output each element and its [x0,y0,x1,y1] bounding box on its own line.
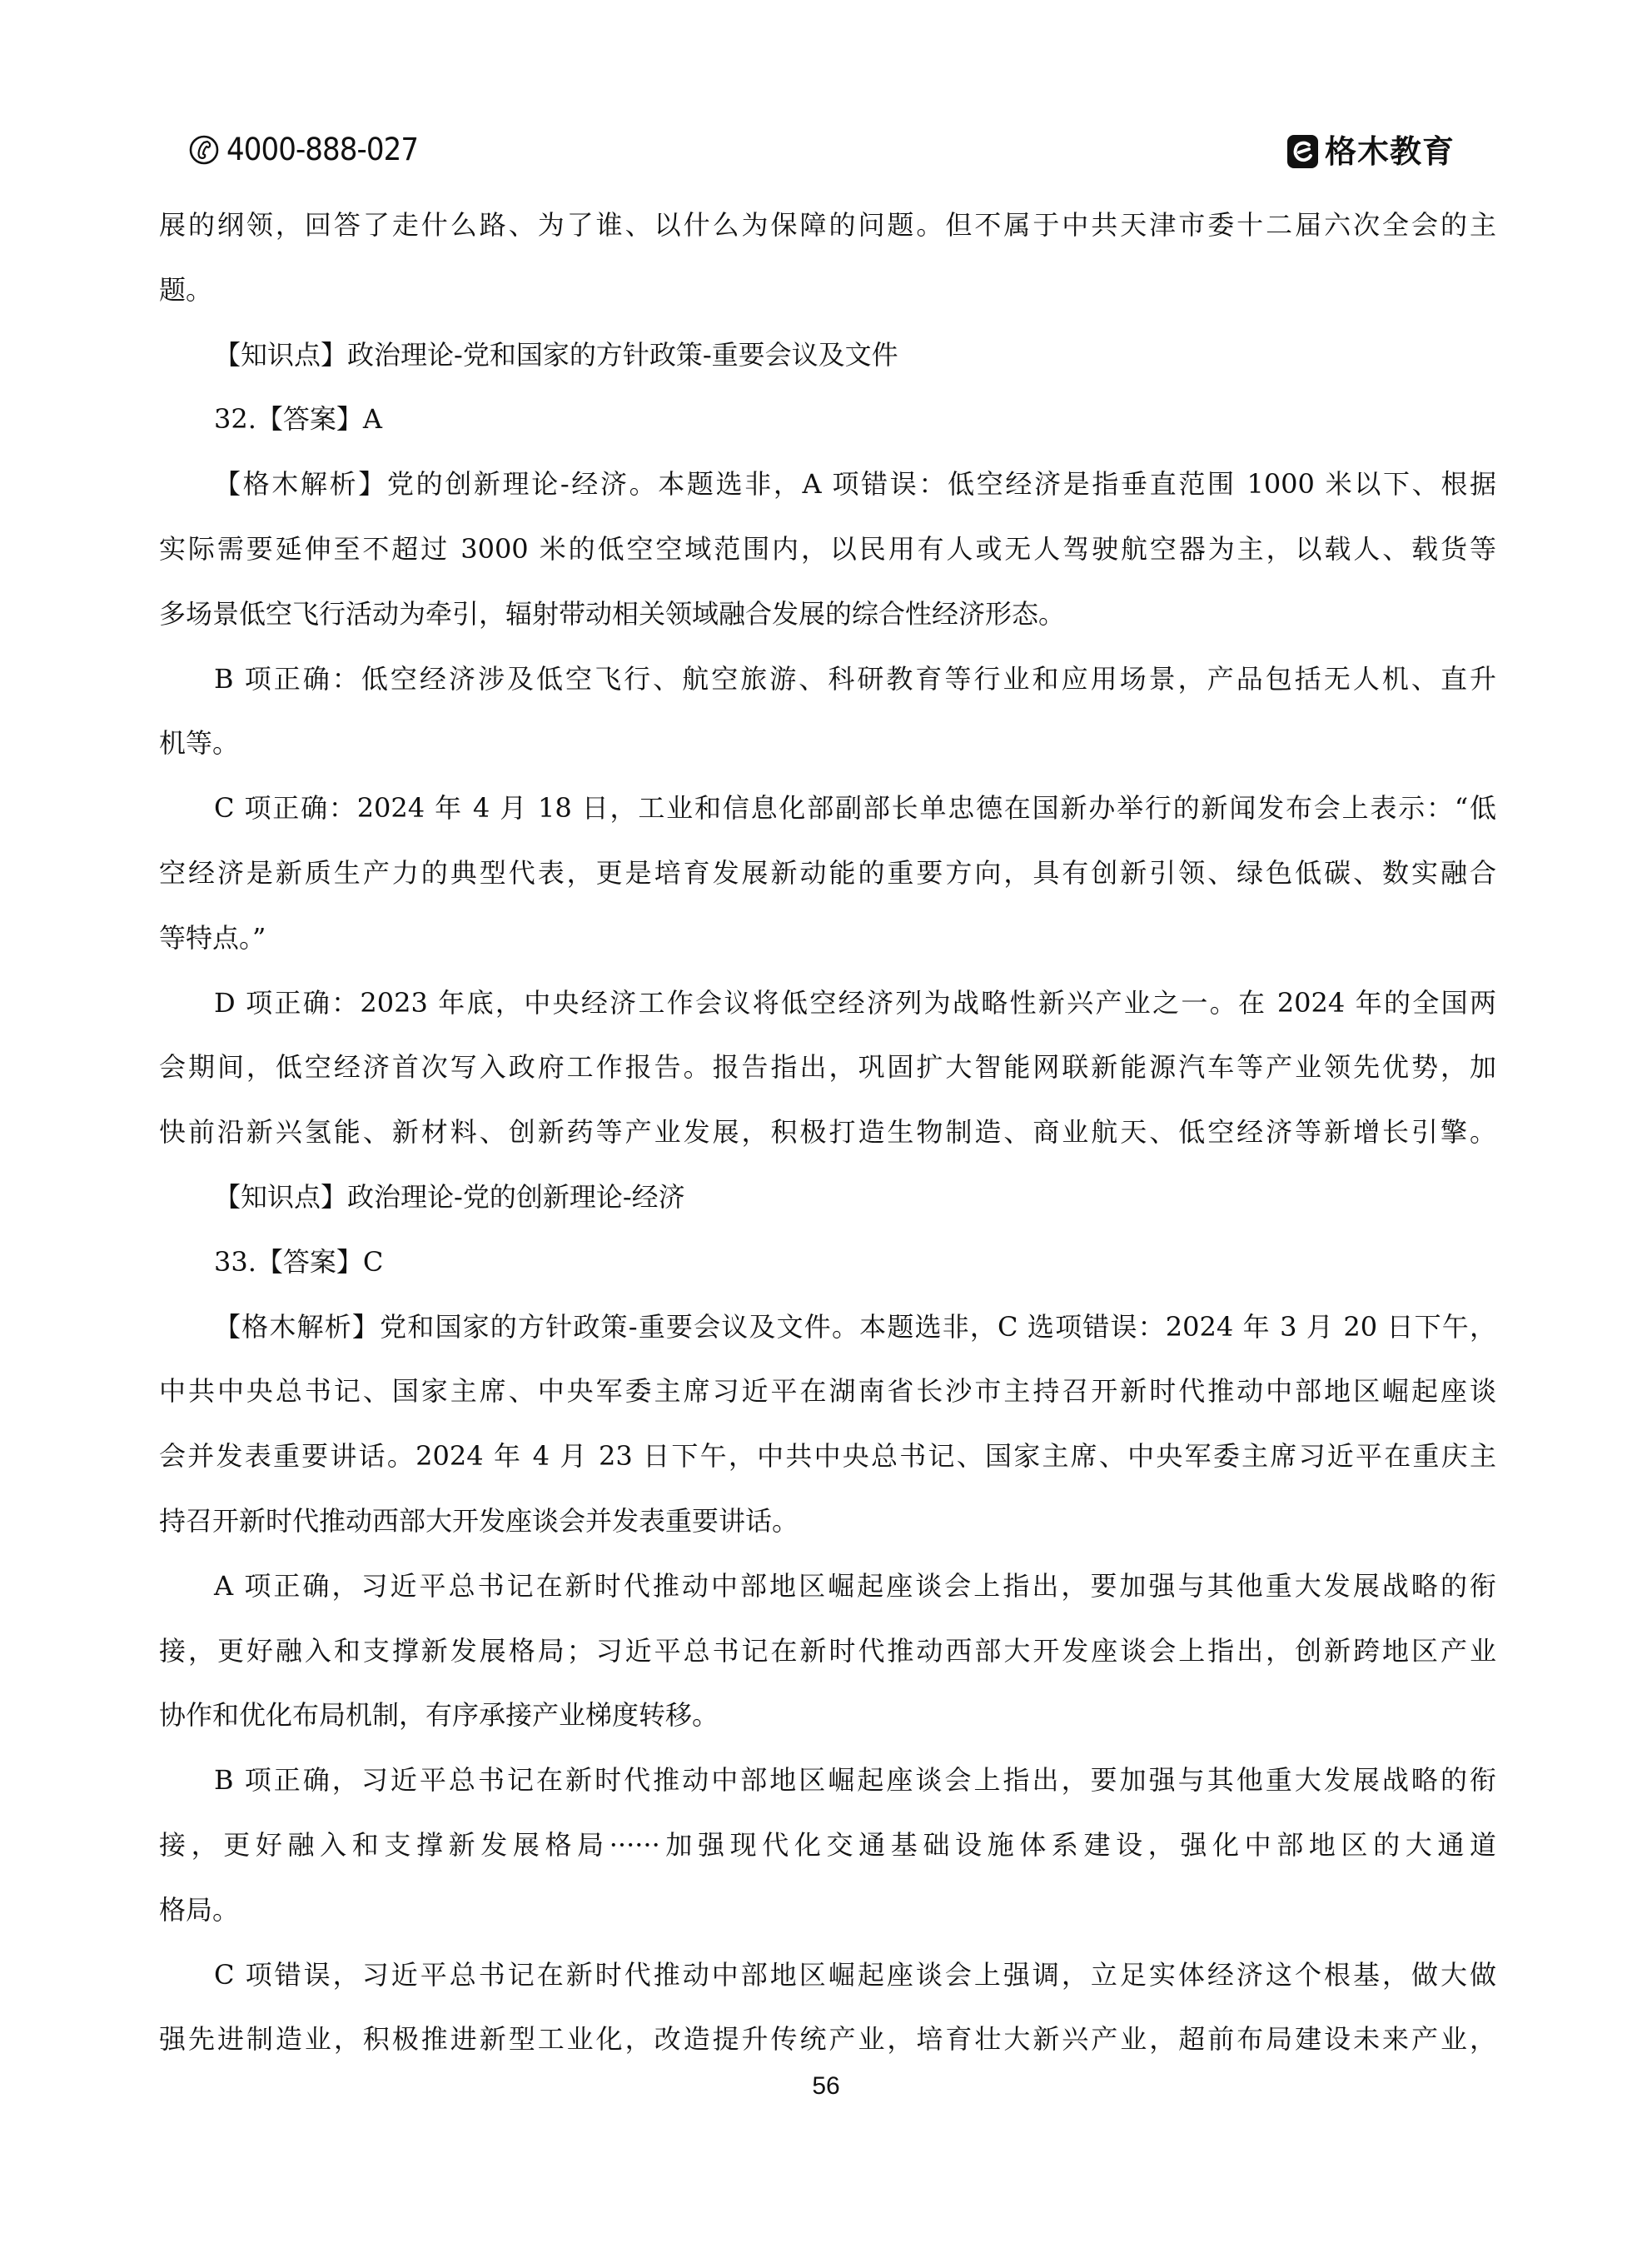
text-line: C 项正确：2024 年 4 月 18 日，工业和信息化部副部长单忠德在国新办举… [214,790,1496,826]
text-line: 快前沿新兴氢能、新材料、创新药等产业发展，积极打造生物制造、商业航天、低空经济等… [159,1114,1496,1150]
text-line: D 项正确：2023 年底，中央经济工作会议将低空经济列为战略性新兴产业之一。在… [214,984,1496,1021]
page-header: 4000-888-027 格木教育 [0,0,1652,192]
text-line: B 项正确：低空经济涉及低空飞行、航空旅游、科研教育等行业和应用场景，产品包括无… [214,660,1496,697]
geme-e-logo-icon [1287,135,1318,168]
text-line: 32.【答案】A [214,401,1496,437]
text-line: 【格木解析】党和国家的方针政策-重要会议及文件。本题选非，C 选项错误：2024… [214,1308,1496,1345]
text-line: 【知识点】政治理论-党和国家的方针政策-重要会议及文件 [214,336,1496,373]
page-number: 56 [0,2072,1652,2101]
text-line: 持召开新时代推动西部大开发座谈会并发表重要讲话。 [159,1503,1496,1539]
text-line: 协作和优化布局机制，有序承接产业梯度转移。 [159,1697,1496,1733]
text-line: 会并发表重要讲话。2024 年 4 月 23 日下午，中共中央总书记、国家主席、… [159,1438,1496,1474]
text-line: 空经济是新质生产力的典型代表，更是培育发展新动能的重要方向，具有创新引领、绿色低… [159,855,1496,891]
text-line: 等特点。” [159,920,1496,956]
text-line: 接，更好融入和支撑新发展格局；习近平总书记在新时代推动西部大开发座谈会上指出，创… [159,1632,1496,1669]
text-line: 33.【答案】C [214,1244,1496,1280]
hotline-number: 4000-888-027 [226,132,418,168]
text-line: 接，更好融入和支撑新发展格局······加强现代化交通基础设施体系建设，强化中部… [159,1827,1496,1863]
text-line: A 项正确，习近平总书记在新时代推动中部地区崛起座谈会上指出，要加强与其他重大发… [214,1568,1496,1604]
brand-name: 格木教育 [1325,133,1455,170]
text-line: 会期间，低空经济首次写入政府工作报告。报告指出，巩固扩大智能网联新能源汽车等产业… [159,1049,1496,1085]
text-line: 展的纲领，回答了走什么路、为了谁、以什么为保障的问题。但不属于中共天津市委十二届… [159,207,1496,243]
text-line: 格局。 [159,1892,1496,1928]
text-line: 题。 [159,272,1496,308]
text-line: 机等。 [159,725,1496,761]
text-line: 中共中央总书记、国家主席、中央军委主席习近平在湖南省长沙市主持召开新时代推动中部… [159,1373,1496,1409]
hotline: 4000-888-027 [188,132,435,168]
brand-logo: 格木教育 [1287,133,1455,170]
phone-circle-icon [188,134,220,166]
text-line: 实际需要延伸至不超过 3000 米的低空空域范围内，以民用有人或无人驾驶航空器为… [159,531,1496,567]
text-line: 多场景低空飞行活动为牵引，辐射带动相关领域融合发展的综合性经济形态。 [159,596,1496,632]
text-line: 【知识点】政治理论-党的创新理论-经济 [214,1179,1496,1215]
text-line: C 项错误，习近平总书记在新时代推动中部地区崛起座谈会上强调，立足实体经济这个根… [214,1956,1496,1993]
text-line: B 项正确，习近平总书记在新时代推动中部地区崛起座谈会上指出，要加强与其他重大发… [214,1762,1496,1798]
text-line: 【格木解析】党的创新理论-经济。本题选非，A 项错误：低空经济是指垂直范围 10… [214,466,1496,502]
text-line: 强先进制造业，积极推进新型工业化，改造提升传统产业，培育壮大新兴产业，超前布局建… [159,2021,1496,2057]
